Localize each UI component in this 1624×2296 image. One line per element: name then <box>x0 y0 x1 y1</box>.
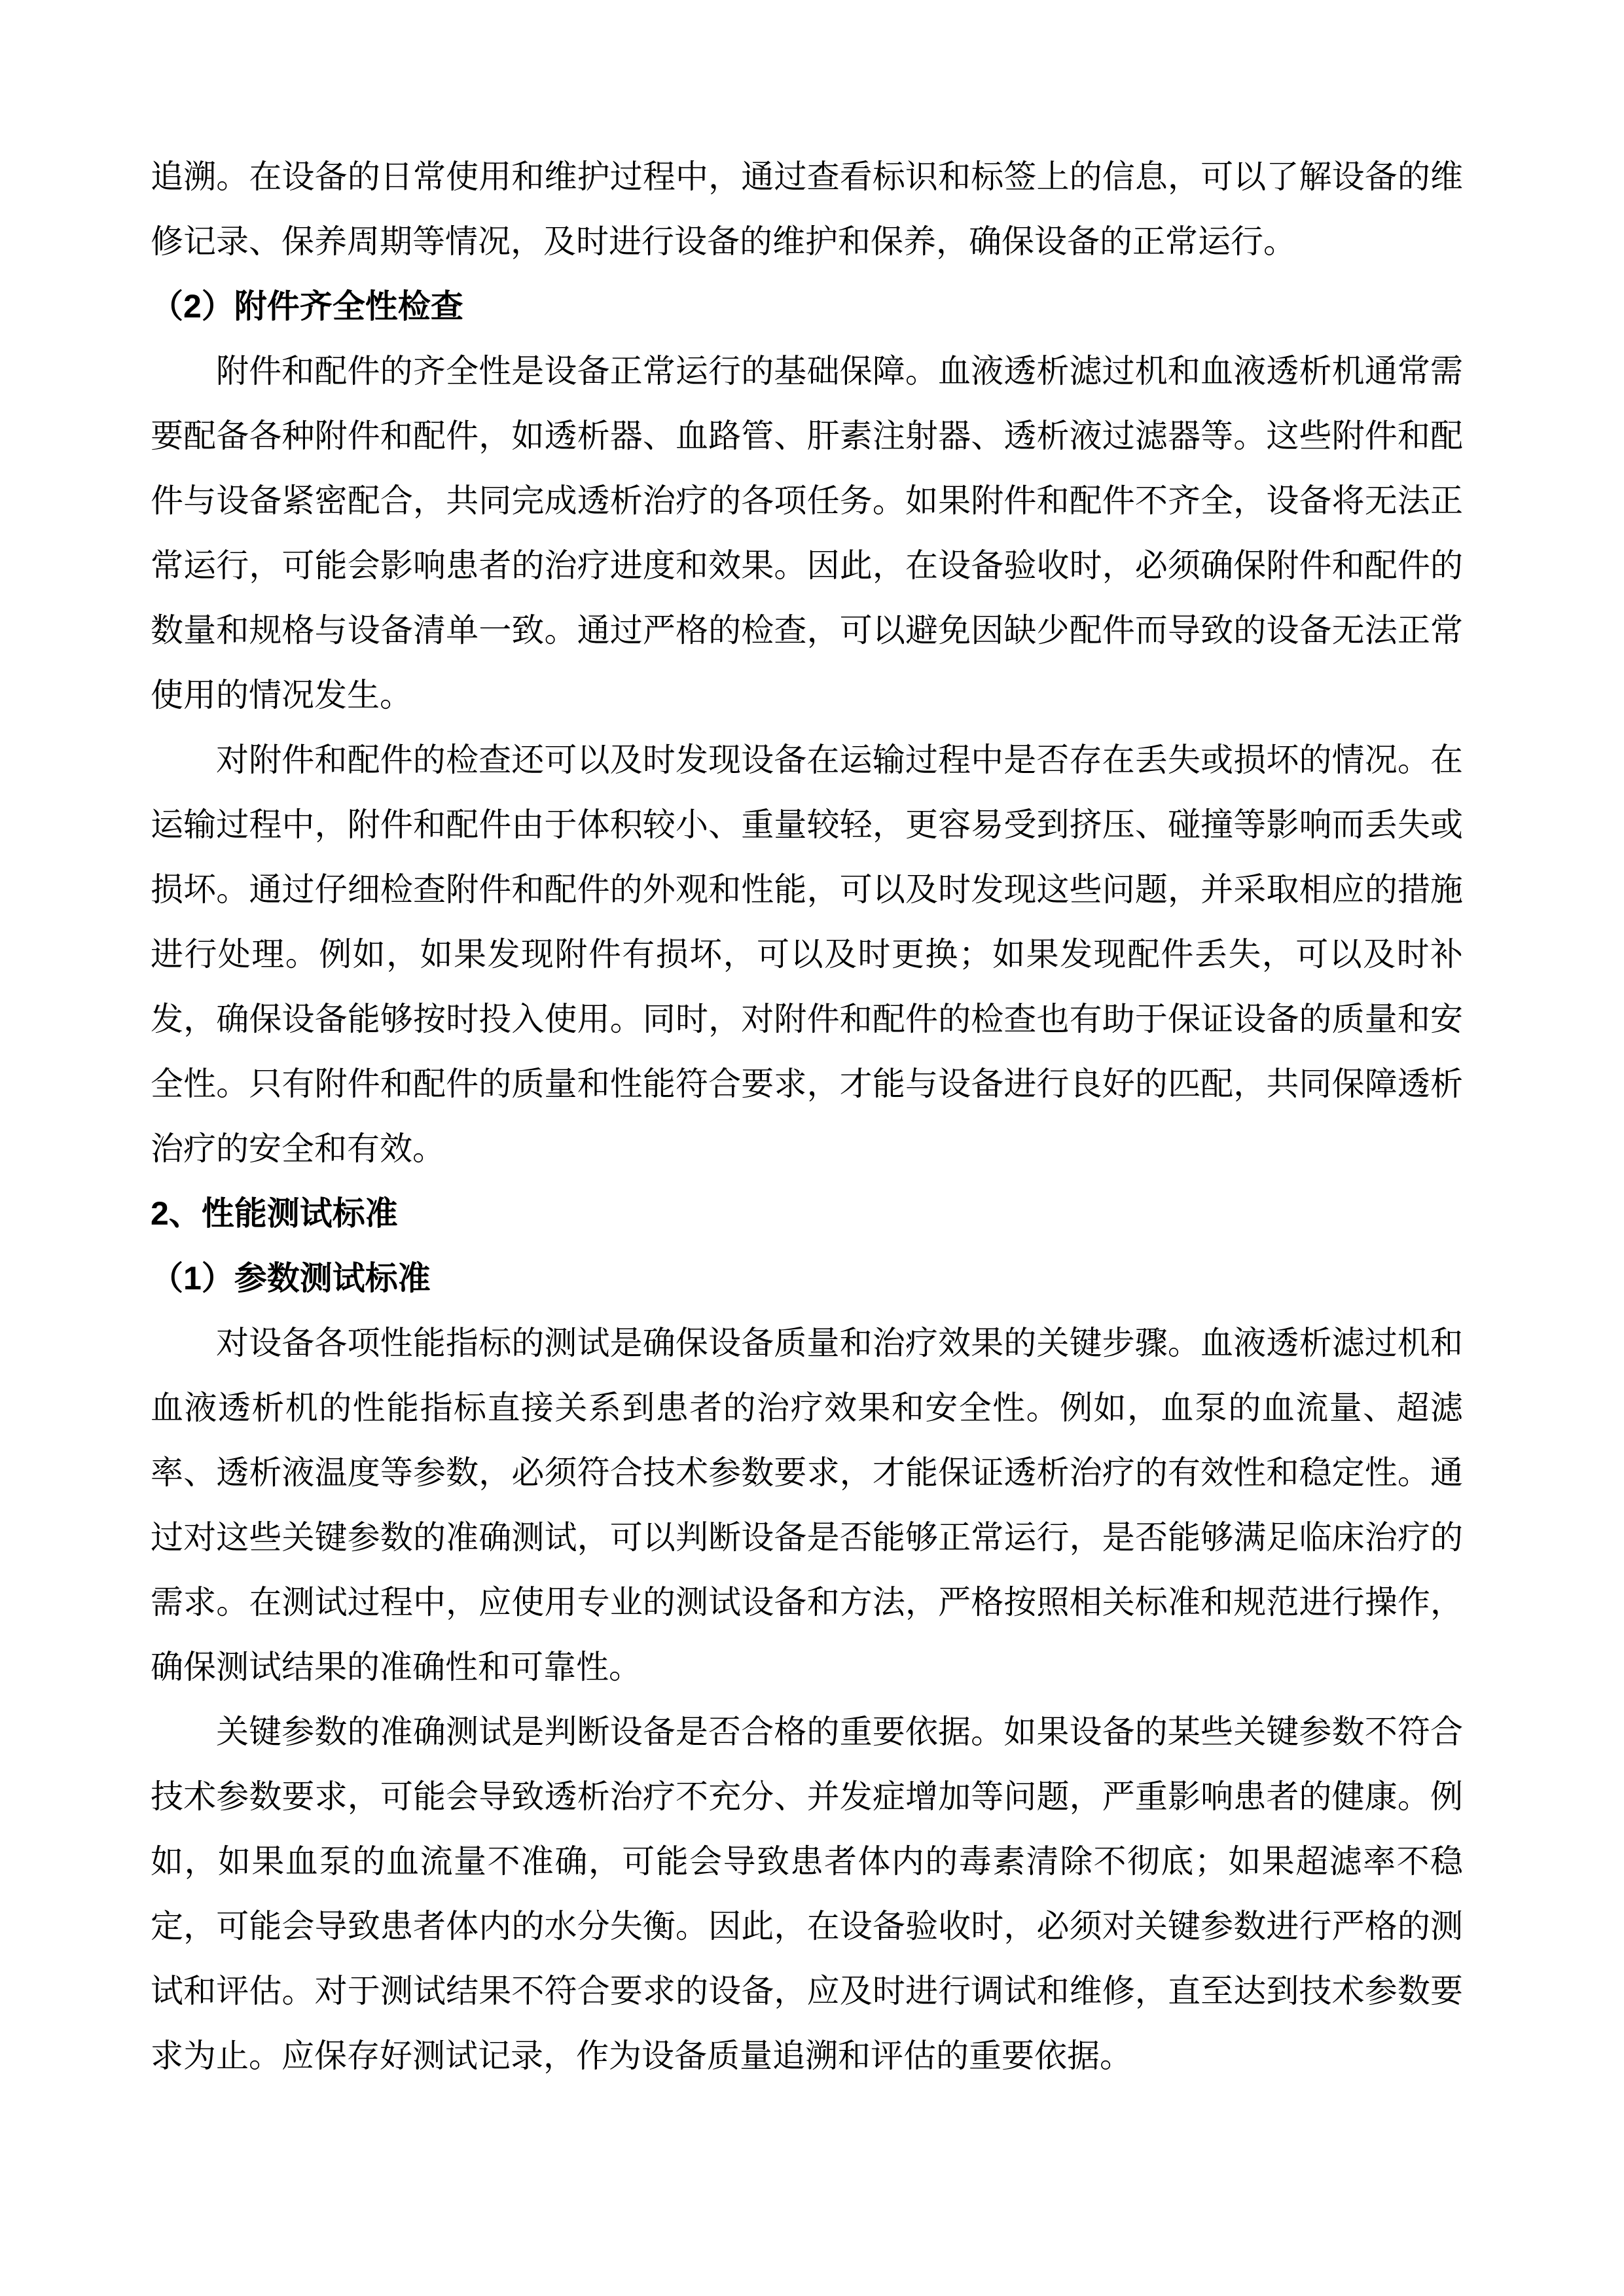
document-content: 追溯。在设备的日常使用和维护过程中，通过查看标识和标签上的信息，可以了解设备的维… <box>151 145 1463 2089</box>
body-paragraph: 附件和配件的齐全性是设备正常运行的基础保障。血液透析滤过机和血液透析机通常需要配… <box>151 339 1463 728</box>
body-paragraph: 对设备各项性能指标的测试是确保设备质量和治疗效果的关键步骤。血液透析滤过机和血液… <box>151 1311 1463 1700</box>
document-page: 追溯。在设备的日常使用和维护过程中，通过查看标识和标签上的信息，可以了解设备的维… <box>0 0 1624 2296</box>
body-paragraph: 对附件和配件的检查还可以及时发现设备在运输过程中是否存在丢失或损坏的情况。在运输… <box>151 728 1463 1181</box>
body-paragraph: 关键参数的准确测试是判断设备是否合格的重要依据。如果设备的某些关键参数不符合技术… <box>151 1700 1463 2089</box>
body-paragraph: 追溯。在设备的日常使用和维护过程中，通过查看标识和标签上的信息，可以了解设备的维… <box>151 145 1463 274</box>
section-heading: 2、性能测试标准 <box>151 1181 1463 1246</box>
section-heading: （2）附件齐全性检查 <box>151 274 1463 339</box>
section-heading: （1）参数测试标准 <box>151 1246 1463 1311</box>
